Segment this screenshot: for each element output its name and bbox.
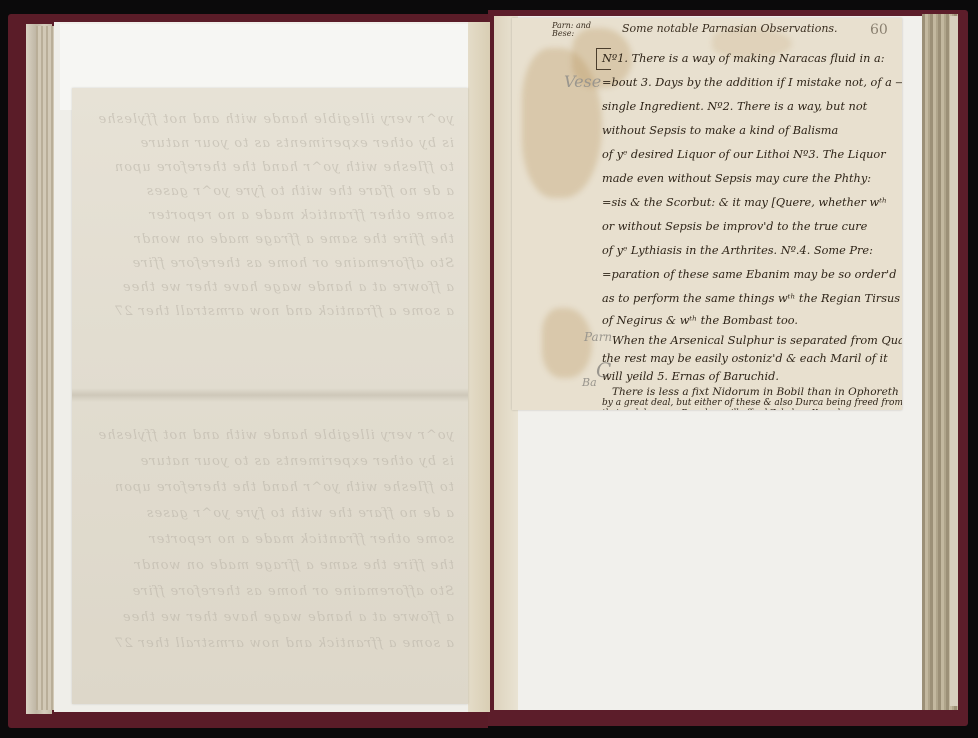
ghost-text-line: a some a ffrantick and now armstrall the… [90, 304, 454, 322]
header-note: Parn: and Bese: [552, 22, 591, 38]
manuscript-line: Nº1. There is a way of making Naracas fl… [602, 52, 885, 65]
margin-note: Parn [584, 330, 612, 344]
manuscript-line: =bout 3. Days by the addition if I mista… [602, 76, 902, 89]
margin-note: Vese [564, 72, 601, 91]
manuscript-line: single Ingredient. Nº2. There is a way, … [602, 100, 867, 113]
header-note-line: Bese: [552, 30, 591, 38]
manuscript-line: by a great deal, but either of these & a… [602, 398, 902, 408]
manuscript-line: There is less a fixt Nidorum in Bobil th… [612, 386, 899, 398]
ghost-text-line: to ffleshe with yo^r hand the therefore … [90, 160, 454, 178]
left-gutter [468, 22, 490, 712]
margin-note: Ba [582, 376, 597, 389]
ghost-text-line: yo^r very illegible hande with and not f… [90, 112, 454, 130]
sheet-fold-line [72, 388, 468, 402]
manuscript-line: =sis & the Scorbut: & it may [Quere, whe… [602, 196, 887, 209]
manuscript-line: of Negirus & wᵗʰ the Bombast too. [602, 314, 798, 327]
page-edges-right-outer [950, 16, 958, 706]
page-edges-left-stack [36, 26, 56, 710]
manuscript-line: of yᵉ desired Liquor of our Lithoi Nº3. … [602, 148, 886, 161]
right-manuscript-sheet: Parn: and Bese: Some notable Parnasian O… [512, 18, 902, 410]
manuscript-line: of yᵉ Lythiasis in the Arthrites. Nº.4. … [602, 244, 873, 257]
manuscript-line: as to perform the same things wᵗʰ the Re… [602, 292, 900, 305]
ghost-text-line: is by other experiments as to your natur… [90, 454, 454, 472]
ghost-text-line: the ffire the same a ffrage made on wond… [90, 558, 454, 576]
ghost-text-line: a ffowre at a hande wage have ther we th… [90, 280, 454, 298]
manuscript-line: When the Arsenical Sulphur is separated … [612, 334, 902, 347]
manuscript-line: without Sepsis to make a kind of Balisma [602, 124, 838, 137]
left-manuscript-sheet: yo^r very illegible hande with and not f… [72, 88, 468, 704]
manuscript-line: made even without Sepsis may cure the Ph… [602, 172, 871, 185]
ghost-text-line: Sto afforemaine or home as therefore ffi… [90, 256, 454, 274]
ghost-text-line: a ffowre at a hande wage have ther we th… [90, 610, 454, 628]
ghost-text-line: yo^r very illegible hande with and not f… [90, 428, 454, 446]
ghost-text-line: some other ffrantick made a no reporter [90, 532, 454, 550]
ghost-text-line: the ffire the same a ffrage made on wond… [90, 232, 454, 250]
ghost-text-line: a some a ffrantick and now armstrall the… [90, 636, 454, 654]
page-title: Some notable Parnasian Observations. [622, 22, 838, 35]
manuscript-line: will yeild 5. Ernas of Baruchid. [602, 370, 779, 383]
ghost-text-line: Sto afforemaine or home as therefore ffi… [90, 584, 454, 602]
manuscript-line: =paration of these same Ebanim may be so… [602, 268, 896, 281]
manuscript-line: their sulphureous Barudam will afford Za… [602, 408, 845, 410]
ghost-text-line: to ffleshe with yo^r hand the therefore … [90, 480, 454, 498]
folio-number: 60 [870, 22, 888, 38]
ghost-text-line: a de no ffare the with to fyre yo^r gase… [90, 506, 454, 524]
ghost-text-line: is by other experiments as to your natur… [90, 136, 454, 154]
manuscript-line: or without Sepsis be improv'd to the tru… [602, 220, 867, 233]
ghost-text-line: some other ffrantick made a no reporter [90, 208, 454, 226]
ghost-text-line: a de no ffare the with to fyre yo^r gase… [90, 184, 454, 202]
manuscript-line: the rest may be easily ostoniz'd & each … [602, 352, 888, 365]
